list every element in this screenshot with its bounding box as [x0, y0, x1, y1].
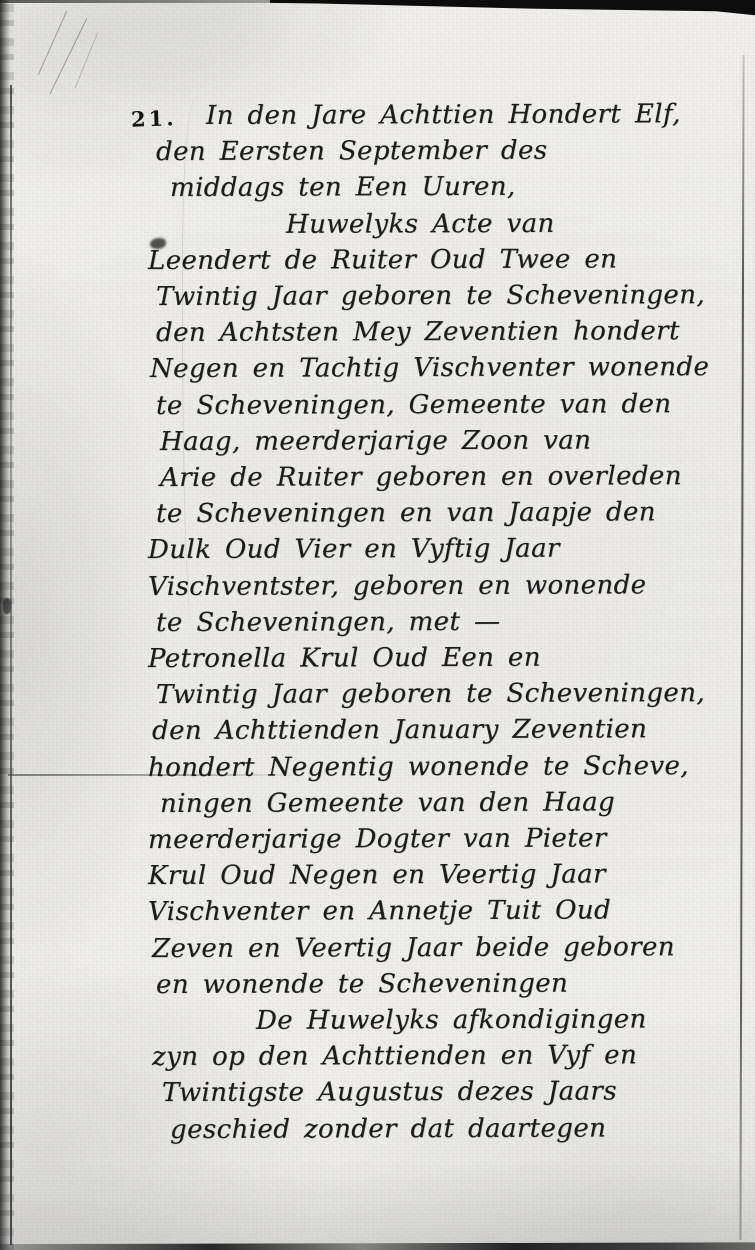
handwritten-line: meerderjarige Dogter van Pieter — [148, 820, 738, 858]
scan-edge-top-right — [270, 0, 755, 16]
handwritten-line: Zeven en Veertig Jaar beide geboren — [152, 929, 738, 967]
scan-edge-bottom-shade — [0, 1160, 755, 1250]
handwritten-line: middags ten Een Uuren, — [170, 168, 738, 206]
ink-smudge — [3, 598, 11, 614]
handwritten-line: ningen Gemeente van den Haag — [160, 784, 738, 822]
handwritten-line: Twintigste Augustus dezes Jaars — [162, 1073, 738, 1111]
scanned-document-page: 21. In den Jare Achttien Hondert Elf, de… — [0, 0, 755, 1250]
handwritten-line: Haag, meerderjarige Zoon van — [160, 422, 738, 460]
handwritten-line: De Huwelyks afkondigingen — [256, 1001, 738, 1039]
handwritten-line: Dulk Oud Vier en Vyftig Jaar — [148, 530, 738, 568]
handwritten-line: te Scheveningen, met — — [156, 603, 738, 641]
handwritten-line: Vischventster, geboren en wonende — [148, 567, 738, 605]
handwritten-line: In den Jare Achttien Hondert Elf, — [206, 96, 738, 134]
handwritten-line: te Scheveningen, Gemeente van den — [156, 386, 738, 424]
scratch-mark — [50, 18, 88, 94]
handwritten-line: zyn op den Achttienden en Vyf en — [152, 1037, 738, 1075]
handwritten-line: den Eersten September des — [156, 132, 738, 170]
handwritten-line: Arie de Ruiter geboren en overleden — [160, 458, 738, 496]
scan-edge-left-line — [10, 85, 12, 1245]
handwritten-line: geschied zonder dat daartegen — [170, 1110, 738, 1148]
handwritten-line: en wonende te Scheveningen — [156, 965, 738, 1003]
handwritten-line: Twintig Jaar geboren te Scheveningen, — [156, 675, 738, 713]
scratch-mark — [75, 32, 98, 88]
handwritten-line: Krul Oud Negen en Veertig Jaar — [148, 856, 738, 894]
handwritten-line: Leendert de Ruiter Oud Twee en — [148, 241, 738, 279]
page-fold-line — [739, 55, 744, 1240]
handwritten-line: Petronella Krul Oud Een en — [148, 639, 738, 677]
handwritten-line: Twintig Jaar geboren te Scheveningen, — [156, 277, 738, 315]
handwritten-line: den Achtsten Mey Zeventien hondert — [156, 313, 738, 351]
handwritten-line: Vischventer en Annetje Tuit Oud — [148, 892, 738, 930]
handwritten-line: Huwelyks Acte van — [286, 205, 738, 243]
handwritten-text-block: In den Jare Achttien Hondert Elf, den Ee… — [148, 97, 738, 1147]
handwritten-line: den Achttienden January Zeventien — [152, 711, 738, 749]
handwritten-line: hondert Negentig wonende te Scheve, — [148, 748, 738, 786]
handwritten-line: Negen en Tachtig Vischventer wonende — [150, 349, 738, 387]
handwritten-line: te Scheveningen en van Jaapje den — [156, 494, 738, 532]
